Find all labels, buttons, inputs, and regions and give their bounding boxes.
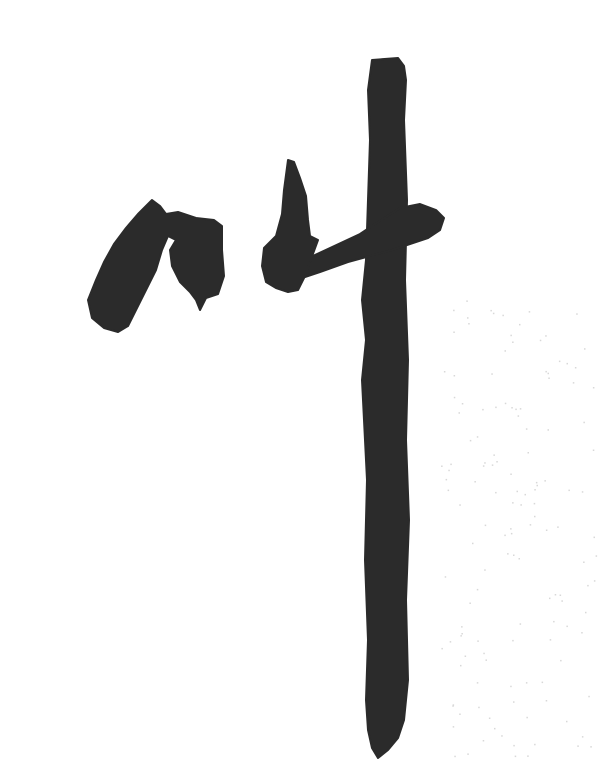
paper-texture	[441, 300, 597, 757]
ink-strokes	[88, 58, 444, 758]
vertical-stroke	[362, 58, 409, 758]
calligraphy-glyph	[0, 0, 600, 763]
calligraphy-canvas: Calligraphy brush character	[0, 0, 600, 763]
hook-stroke	[88, 200, 224, 332]
